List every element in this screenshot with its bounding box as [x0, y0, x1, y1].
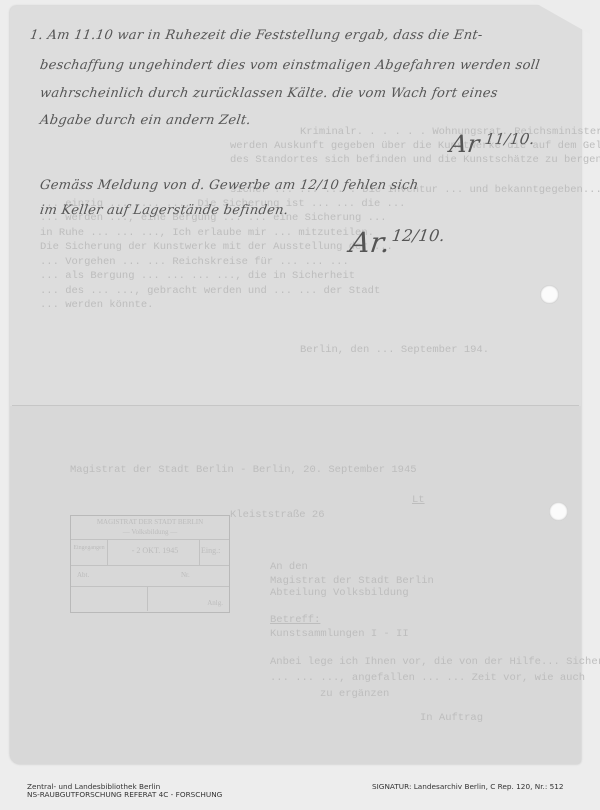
stamp-date-label: Eing.:	[201, 546, 220, 555]
footer-library: Zentral- und Landesbibliothek Berlin NS-…	[27, 783, 222, 799]
faded-ref: Lt	[412, 494, 425, 506]
faded-line: ... als Bergung ... ... ... ..., die in …	[40, 270, 355, 282]
faded-recipient-line: Magistrat der Stadt Berlin	[270, 575, 434, 587]
handwritten-line: beschaffung ungehindert dies vom einstma…	[39, 58, 541, 73]
faded-line: des Standortes sich befinden und die Kun…	[230, 154, 600, 166]
footer-signature-reference: SIGNATUR: Landesarchiv Berlin, C Rep. 12…	[372, 783, 564, 791]
faded-subject: Kunstsammlungen I - II	[270, 628, 409, 640]
faded-body-line: ... ... ..., angefallen ... ... Zeit vor…	[270, 672, 585, 684]
signature-date: 12/10.	[391, 226, 447, 245]
stamp-attachments-row: Anlg.	[71, 587, 229, 611]
stamp-dept-row: Abt. Nr.	[71, 566, 229, 587]
faded-body-line: Anbei lege ich Ihnen vor, die von der Hi…	[270, 656, 600, 668]
fold-crease	[12, 405, 579, 406]
faded-line: ... Vorgehen ... ... Reichskreise für ..…	[40, 256, 349, 268]
receipt-stamp: MAGISTRAT DER STADT BERLIN — Volksbildun…	[70, 515, 230, 613]
handwritten-line: Gemäss Meldung von d. Gewerbe am 12/10 f…	[39, 178, 419, 193]
faded-heading: Magistrat der Stadt Berlin - Berlin, 20.…	[70, 464, 417, 476]
faded-line: ... des ... ..., gebracht werden und ...…	[40, 285, 380, 297]
faded-closing: Berlin, den ... September 194.	[300, 344, 489, 356]
stamp-received-box: Eingegangen	[71, 539, 108, 565]
stamp-cell	[71, 587, 148, 611]
stamp-date: - 2 OKT. 1945	[111, 539, 200, 565]
stamp-dept-label: Abt.	[77, 571, 89, 579]
stamp-header: MAGISTRAT DER STADT BERLIN — Volksbildun…	[71, 516, 229, 540]
stamp-subtitle: — Volksbildung —	[71, 527, 229, 537]
faded-body-line: zu ergänzen	[320, 688, 389, 700]
faded-line: werden Auskunft gegeben über die Kunstwe…	[230, 140, 600, 152]
faded-recipient-line: Abteilung Volksbildung	[270, 587, 409, 599]
signature: Ar	[448, 130, 481, 158]
faded-line: in Ruhe ... ... ..., Ich erlaube mir ...…	[40, 227, 374, 239]
stamp-date-row: Eingegangen - 2 OKT. 1945 Eing.:	[71, 539, 229, 566]
handwritten-line: 1. Am 11.10 war in Ruhezeit die Feststel…	[29, 28, 484, 43]
stamp-attachments-label: Anlg.	[207, 599, 223, 607]
faded-line: ... werden könnte.	[40, 299, 153, 311]
faded-line: Die Sicherung der Kunstwerke mit der Aus…	[40, 241, 393, 253]
handwritten-line: Abgabe durch ein andern Zelt.	[39, 113, 252, 128]
faded-subject-label: Betreff:	[270, 614, 320, 626]
stamp-title: MAGISTRAT DER STADT BERLIN	[71, 517, 229, 527]
signature-date: 11/10.	[484, 130, 536, 148]
signature: Ar.	[348, 226, 393, 259]
handwritten-line: im Keller auf Lagerstände befinden.	[39, 203, 289, 218]
punch-hole-icon	[549, 502, 568, 521]
punch-hole-icon	[540, 285, 559, 304]
faded-closing: In Auftrag	[420, 712, 483, 724]
stamp-number-label: Nr.	[181, 571, 190, 579]
faded-address: Kleiststraße 26	[230, 509, 325, 521]
faded-recipient-line: An den	[270, 561, 308, 573]
handwritten-line: wahrscheinlich durch zurücklassen Kälte.…	[39, 86, 499, 101]
footer-department: NS-RAUBGUTFORSCHUNG REFERAT 4C - FORSCHU…	[27, 791, 222, 799]
